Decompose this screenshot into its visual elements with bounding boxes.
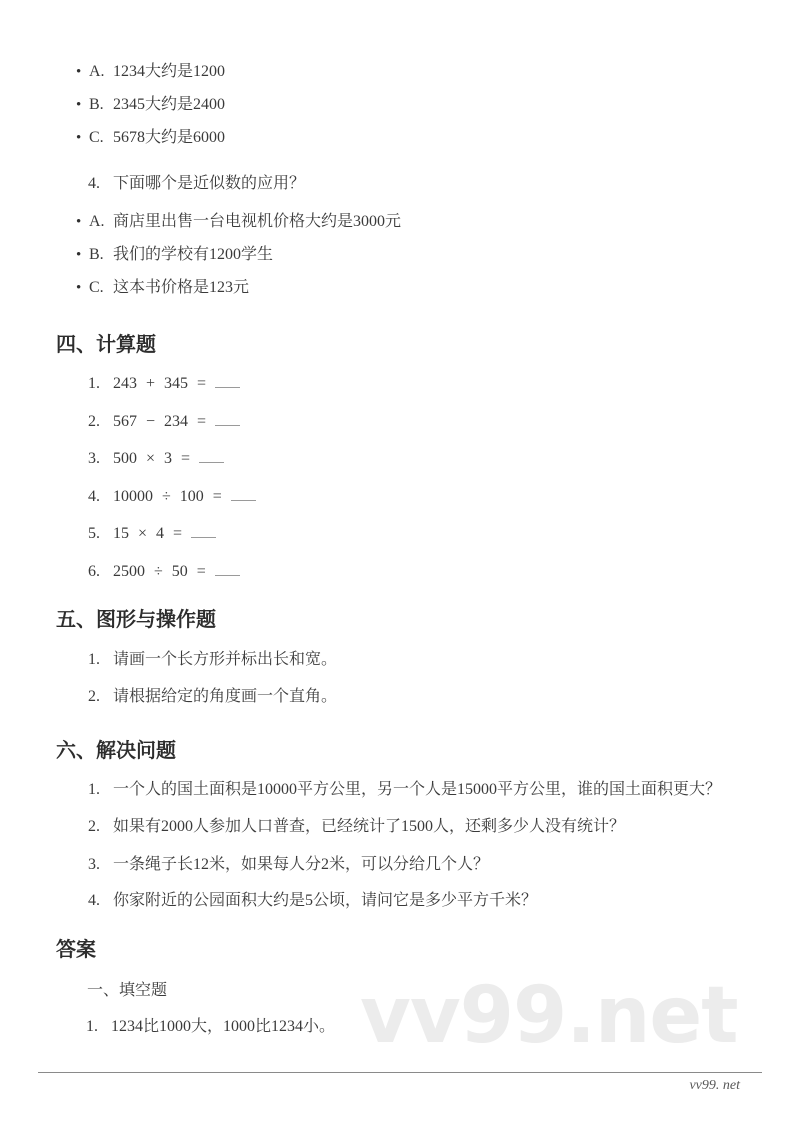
section-title-calc: 四、计算题 [56, 333, 156, 357]
calc-number: 1. [88, 373, 113, 395]
item-text: 请根据给定的角度画一个直角。 [113, 686, 337, 708]
option-label: A. [89, 61, 113, 83]
section-title-problems: 六、解决问题 [56, 739, 176, 763]
answer-blank [231, 488, 256, 501]
calc-expression: 2500 ÷ 50 = [113, 561, 206, 583]
option-label: A. [89, 211, 113, 233]
item-number: 3. [88, 854, 113, 876]
bullet-icon: • [76, 94, 89, 116]
calc-item: 4. 10000 ÷ 100 = [88, 486, 256, 508]
problem-item: 2. 如果有2000人参加人口普查，已经统计了1500人，还剩多少人没有统计？ [88, 816, 625, 838]
bullet-icon: • [76, 211, 89, 233]
answer-blank [191, 525, 216, 538]
question-text: 下面哪个是近似数的应用？ [113, 173, 305, 195]
answer-blank [199, 450, 224, 463]
item-text: 一条绳子长12米，如果每人分2米，可以分给几个人？ [113, 854, 489, 876]
answer-blank [215, 375, 240, 388]
bullet-icon: • [76, 127, 89, 149]
calc-number: 4. [88, 486, 113, 508]
calc-number: 2. [88, 411, 113, 433]
option-text: 商店里出售一台电视机价格大约是3000元 [113, 211, 401, 233]
worksheet-page: vv99.net • A. 1234大约是1200 • B. 2345大约是24… [0, 0, 800, 1130]
option-item: • B. 我们的学校有1200学生 [76, 244, 273, 266]
watermark: vv99.net [360, 977, 738, 1055]
problem-item: 3. 一条绳子长12米，如果每人分2米，可以分给几个人？ [88, 854, 489, 876]
calc-expression: 500 × 3 = [113, 448, 190, 470]
calc-item: 5. 15 × 4 = [88, 523, 216, 545]
option-label: B. [89, 94, 113, 116]
bullet-icon: • [76, 61, 89, 83]
question-number: 4. [88, 173, 113, 195]
section-title-shapes: 五、图形与操作题 [56, 608, 216, 632]
calc-number: 6. [88, 561, 113, 583]
calc-expression: 10000 ÷ 100 = [113, 486, 222, 508]
calc-item: 1. 243 + 345 = [88, 373, 240, 395]
item-number: 4. [88, 890, 113, 912]
calc-item: 3. 500 × 3 = [88, 448, 224, 470]
option-item: • A. 1234大约是1200 [76, 61, 225, 83]
option-text: 我们的学校有1200学生 [113, 244, 273, 266]
answers-subsection-title: 一、填空题 [87, 980, 167, 1002]
answer-blank [215, 413, 240, 426]
calc-expression: 15 × 4 = [113, 523, 182, 545]
answer-item: 1. 1234比1000大，1000比1234小。 [86, 1016, 335, 1038]
option-label: C. [89, 277, 113, 299]
problem-item: 1. 一个人的国土面积是10000平方公里，另一个人是15000平方公里，谁的国… [88, 779, 721, 801]
footer-site-text: vv99. net [689, 1077, 740, 1095]
problem-item: 4. 你家附近的公园面积大约是5公顷，请问它是多少平方千米？ [88, 890, 537, 912]
item-text: 1234比1000大，1000比1234小。 [111, 1016, 335, 1038]
option-item: • C. 5678大约是6000 [76, 127, 225, 149]
item-text: 如果有2000人参加人口普查，已经统计了1500人，还剩多少人没有统计？ [113, 816, 625, 838]
option-item: • B. 2345大约是2400 [76, 94, 225, 116]
item-number: 2. [88, 686, 113, 708]
bullet-icon: • [76, 244, 89, 266]
option-text: 5678大约是6000 [113, 127, 225, 149]
shape-item: 1. 请画一个长方形并标出长和宽。 [88, 649, 337, 671]
item-number: 2. [88, 816, 113, 838]
item-number: 1. [86, 1016, 111, 1038]
option-text: 1234大约是1200 [113, 61, 225, 83]
option-text: 这本书价格是123元 [113, 277, 249, 299]
calc-item: 2. 567 − 234 = [88, 411, 240, 433]
shape-item: 2. 请根据给定的角度画一个直角。 [88, 686, 337, 708]
item-text: 你家附近的公园面积大约是5公顷，请问它是多少平方千米？ [113, 890, 537, 912]
calc-number: 3. [88, 448, 113, 470]
option-item: • A. 商店里出售一台电视机价格大约是3000元 [76, 211, 401, 233]
answer-blank [215, 563, 240, 576]
option-label: B. [89, 244, 113, 266]
option-item: • C. 这本书价格是123元 [76, 277, 249, 299]
calc-expression: 567 − 234 = [113, 411, 206, 433]
question-item: 4. 下面哪个是近似数的应用？ [88, 173, 305, 195]
calc-number: 5. [88, 523, 113, 545]
item-text: 请画一个长方形并标出长和宽。 [113, 649, 337, 671]
item-number: 1. [88, 779, 113, 801]
footer-rule [38, 1072, 762, 1073]
item-number: 1. [88, 649, 113, 671]
bullet-icon: • [76, 277, 89, 299]
item-text: 一个人的国土面积是10000平方公里，另一个人是15000平方公里，谁的国土面积… [113, 779, 721, 801]
calc-expression: 243 + 345 = [113, 373, 206, 395]
option-label: C. [89, 127, 113, 149]
option-text: 2345大约是2400 [113, 94, 225, 116]
calc-item: 6. 2500 ÷ 50 = [88, 561, 240, 583]
answers-title: 答案 [56, 938, 96, 962]
